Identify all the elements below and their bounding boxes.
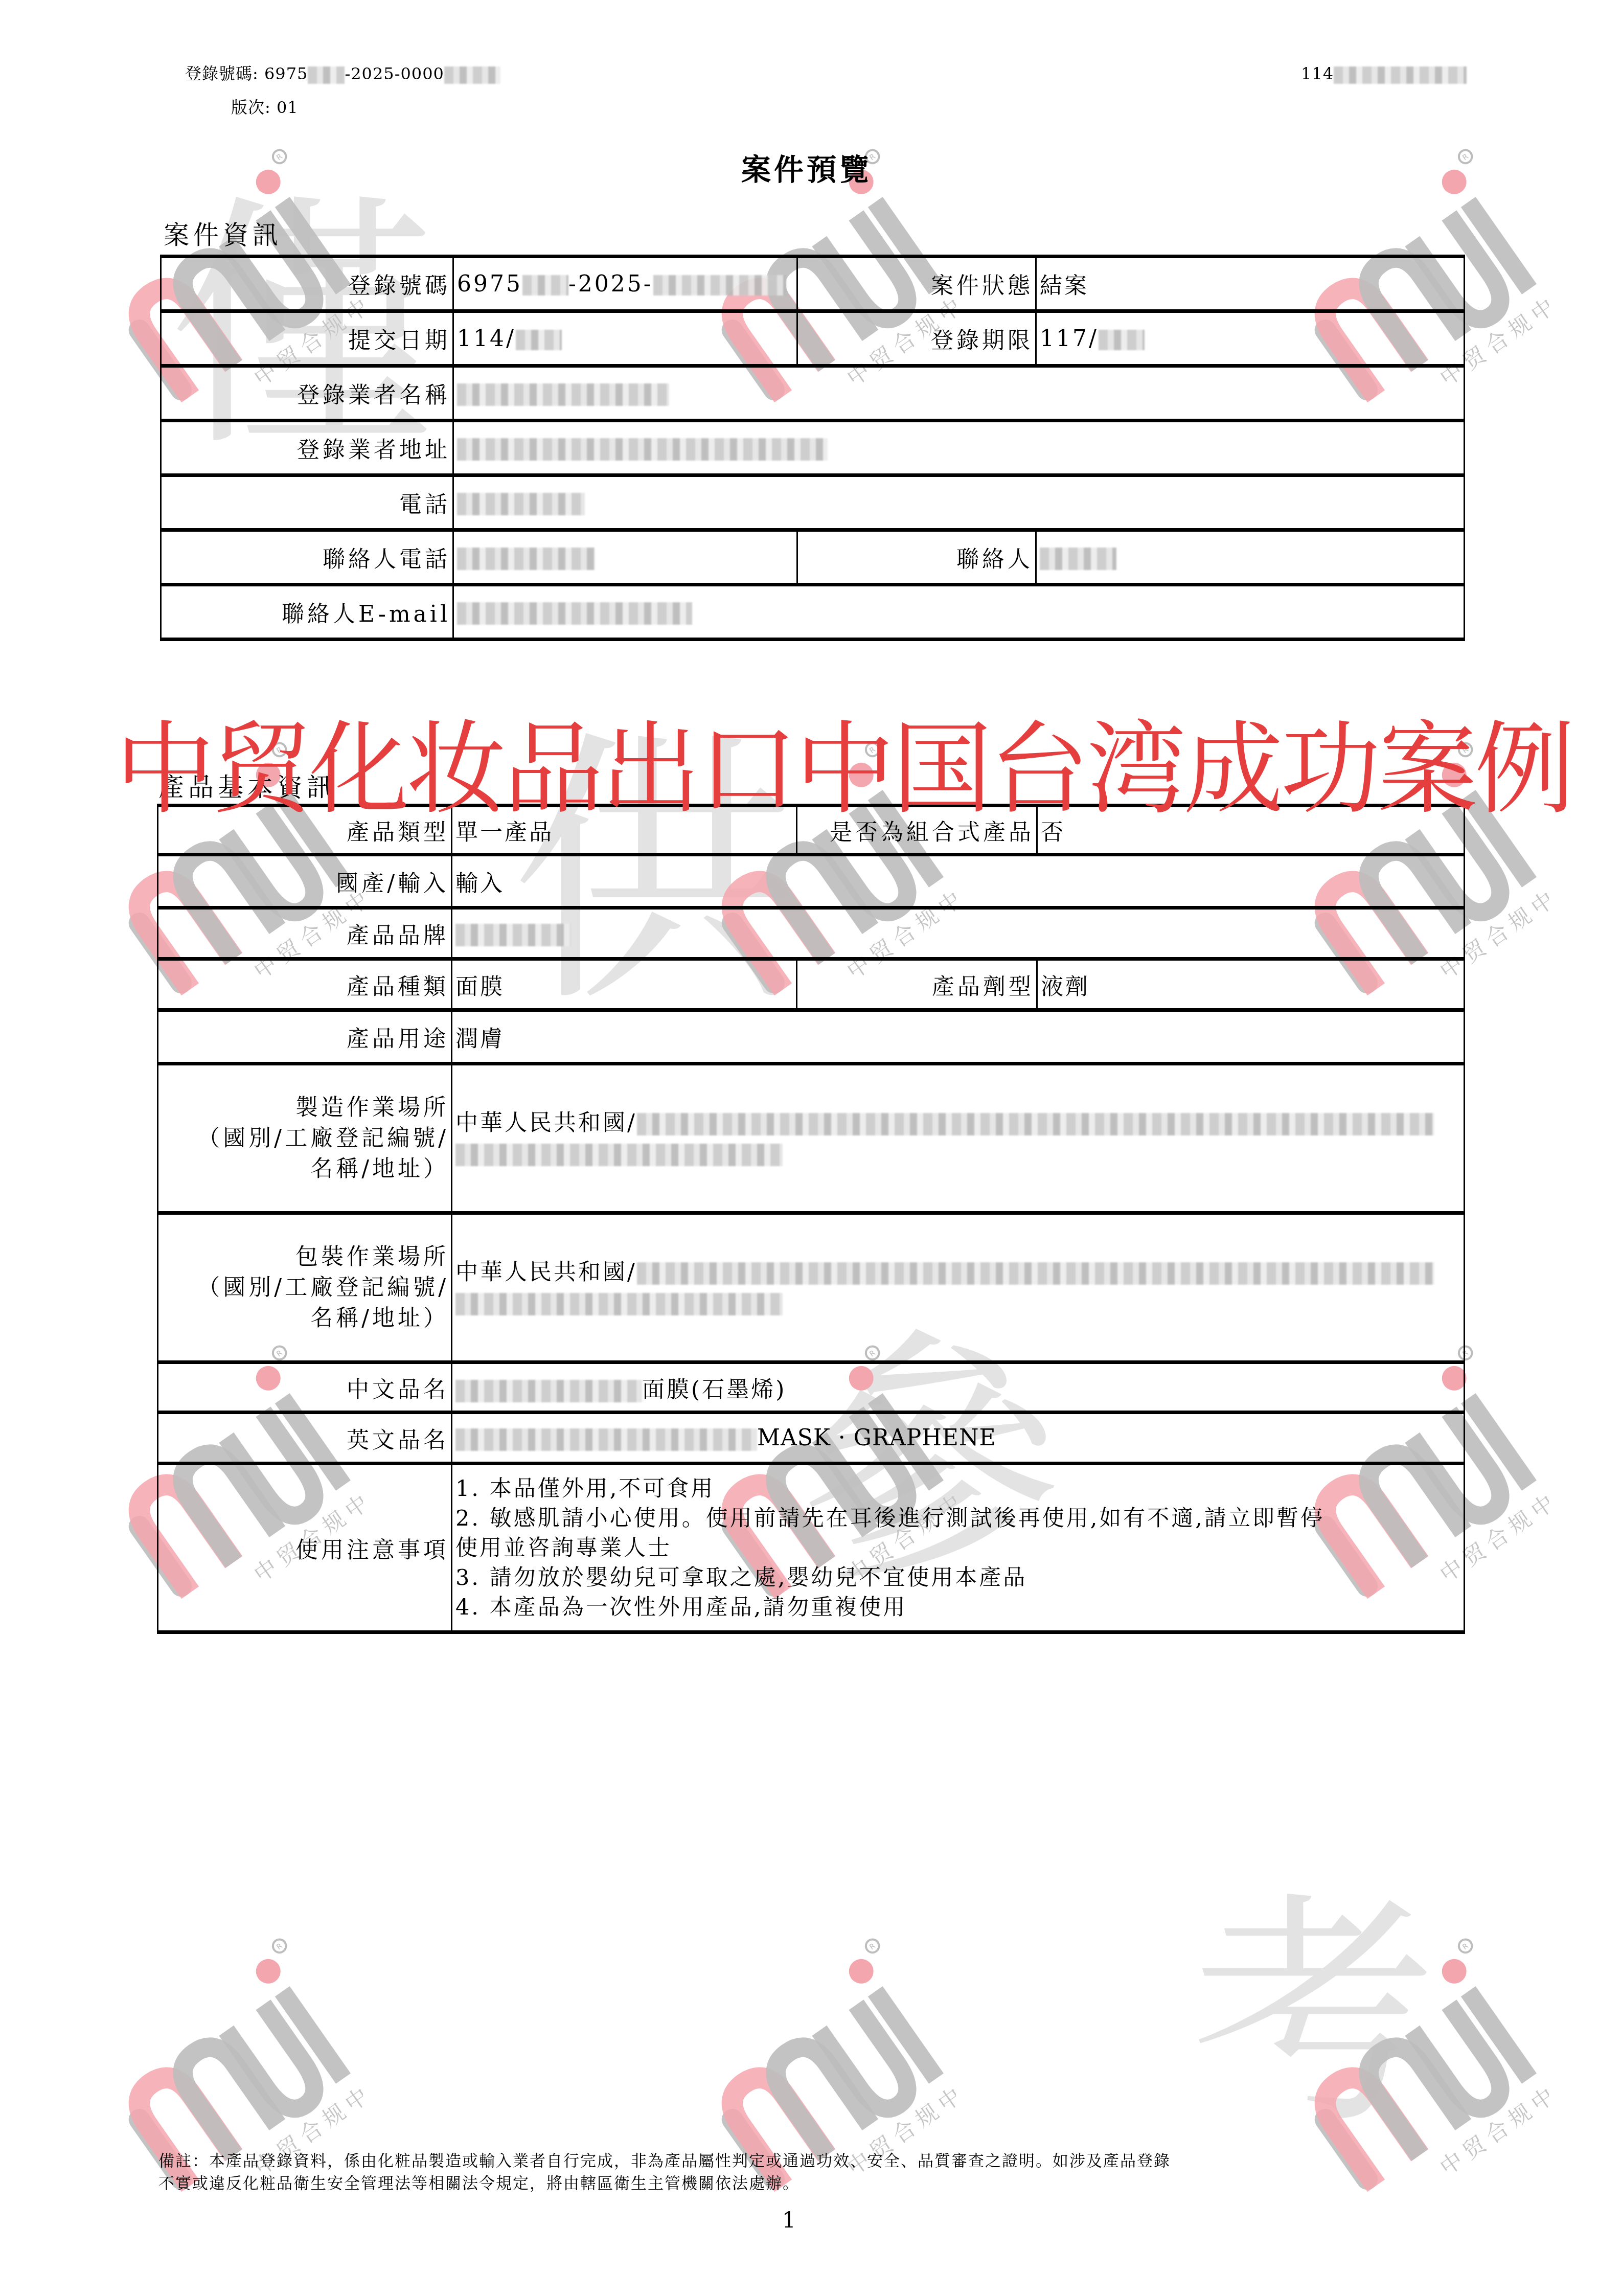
label-line: 包裝作業場所 xyxy=(162,1242,449,1272)
label-usage: 產品用途 xyxy=(158,1010,452,1064)
table-row: 聯絡人E-mail xyxy=(161,585,1465,640)
footnote-line-2: 不實或違反化粧品衛生安全管理法等相關法令規定，將由轄區衛生主管機關依法處辦。 xyxy=(158,2172,1171,2195)
reg-no-prefix: 6975 xyxy=(457,271,522,297)
table-row: 中文品名 面膜(石墨烯) xyxy=(158,1362,1465,1413)
label-brand: 產品品牌 xyxy=(158,908,452,959)
redacted-block xyxy=(457,548,595,570)
submit-date-prefix: 114/ xyxy=(457,326,516,352)
case-info-table: 登錄號碼 6975-2025- 案件狀態 結案 提交日期 114/ 登錄期限 1… xyxy=(160,255,1465,641)
table-row: 國產/輸入 輸入 xyxy=(158,855,1465,908)
table-row: 聯絡人電話 聯絡人 xyxy=(161,530,1465,585)
table-row: 產品種類 面膜 產品劑型 液劑 xyxy=(158,959,1465,1010)
value-submit-date: 114/ xyxy=(453,311,797,366)
reg-no-prefix: 6975 xyxy=(264,64,308,83)
value-company-name xyxy=(453,366,1465,421)
redacted-block xyxy=(637,1113,1434,1135)
label-chinese-name: 中文品名 xyxy=(158,1362,452,1413)
country-prefix: 中華人民共和國/ xyxy=(455,1110,637,1136)
promo-banner: 中贸化妆品出口中国台湾成功案例 xyxy=(115,718,1572,821)
label-case-status: 案件狀態 xyxy=(797,257,1036,311)
table-row: 提交日期 114/ 登錄期限 117/ xyxy=(161,311,1465,366)
redacted-block xyxy=(455,924,570,946)
redacted-block xyxy=(653,275,786,295)
label-line: （國別/工廠登記編號/ xyxy=(162,1272,449,1303)
value-contact-person xyxy=(1036,530,1465,585)
precaution-line: 4. 本產品為一次性外用產品,請勿重複使用 xyxy=(455,1593,1460,1622)
precaution-line: 1. 本品僅外用,不可食用 xyxy=(455,1474,1460,1504)
label-phone: 電話 xyxy=(161,475,453,530)
redacted-block xyxy=(455,1428,757,1451)
value-precautions: 1. 本品僅外用,不可食用 2. 敏感肌請小心使用。使用前請先在耳後進行測試後再… xyxy=(452,1464,1465,1632)
redacted-block xyxy=(637,1262,1434,1285)
value-usage: 潤膚 xyxy=(452,1010,1465,1064)
label-line: （國別/工廠登記編號/ xyxy=(162,1123,449,1154)
value-packaging-site: 中華人民共和國/ xyxy=(452,1213,1465,1362)
table-row: 產品用途 潤膚 xyxy=(158,1010,1465,1064)
table-row: 登錄業者名稱 xyxy=(161,366,1465,421)
version-label: 版次: xyxy=(231,98,271,117)
footnote-line-1: 備註：本產品登錄資料，係由化粧品製造或輸入業者自行完成，非為產品屬性判定或通過功… xyxy=(158,2150,1171,2172)
redacted-block xyxy=(444,66,500,84)
label-reg-deadline: 登錄期限 xyxy=(797,311,1036,366)
redacted-block xyxy=(457,602,692,625)
value-english-name: MASK · GRAPHENE xyxy=(452,1413,1465,1464)
value-category: 面膜 xyxy=(452,959,797,1010)
redacted-block xyxy=(457,493,585,515)
redacted-block xyxy=(457,438,828,461)
redacted-block xyxy=(522,275,568,295)
table-row: 製造作業場所 （國別/工廠登記編號/ 名稱/地址） 中華人民共和國/ xyxy=(158,1064,1465,1213)
value-dosage-form: 液劑 xyxy=(1037,959,1465,1010)
label-contact-email: 聯絡人E-mail xyxy=(161,585,453,640)
value-chinese-name: 面膜(石墨烯) xyxy=(452,1362,1465,1413)
watermark-char-4: 考 xyxy=(1191,1892,1436,2137)
version-value: 01 xyxy=(277,98,299,117)
label-company-address: 登錄業者地址 xyxy=(161,421,453,475)
precaution-line: 使用並咨詢專業人士 xyxy=(455,1533,1460,1563)
header-version: 版次: 01 xyxy=(231,97,299,118)
value-reg-no: 6975-2025- xyxy=(453,257,797,311)
product-info-table: 產品類型 單一產品 是否為組合式產品 否 國產/輸入 輸入 產品品牌 產品種類 … xyxy=(157,804,1465,1634)
value-company-address xyxy=(453,421,1465,475)
reg-no-mid: -2025-0000 xyxy=(345,64,444,83)
label-line: 名稱/地址） xyxy=(162,1303,449,1334)
deadline-prefix: 117/ xyxy=(1040,326,1099,352)
table-row: 登錄號碼 6975-2025- 案件狀態 結案 xyxy=(161,257,1465,311)
redacted-block xyxy=(457,383,669,406)
label-reg-no: 登錄號碼 xyxy=(161,257,453,311)
redacted-block xyxy=(455,1144,783,1166)
label-category: 產品種類 xyxy=(158,959,452,1010)
table-row: 使用注意事項 1. 本品僅外用,不可食用 2. 敏感肌請小心使用。使用前請先在耳… xyxy=(158,1464,1465,1632)
table-row: 電話 xyxy=(161,475,1465,530)
label-contact-phone: 聯絡人電話 xyxy=(161,530,453,585)
label-dosage-form: 產品劑型 xyxy=(797,959,1037,1010)
header-date: 114 xyxy=(1301,63,1467,84)
label-domestic-import: 國產/輸入 xyxy=(158,855,452,908)
date-prefix: 114 xyxy=(1301,64,1334,83)
redacted-block xyxy=(1099,330,1145,350)
label-line: 製造作業場所 xyxy=(162,1093,449,1123)
value-brand xyxy=(452,908,1465,959)
table-row: 包裝作業場所 （國別/工廠登記編號/ 名稱/地址） 中華人民共和國/ xyxy=(158,1213,1465,1362)
value-phone xyxy=(453,475,1465,530)
label-packaging-site: 包裝作業場所 （國別/工廠登記編號/ 名稱/地址） xyxy=(158,1213,452,1362)
redacted-block xyxy=(1334,66,1467,84)
label-precautions: 使用注意事項 xyxy=(158,1464,452,1632)
section-title-case-info: 案件資訊 xyxy=(164,215,282,252)
reg-no-label: 登錄號碼: xyxy=(185,64,259,83)
label-manufacturing-site: 製造作業場所 （國別/工廠登記編號/ 名稱/地址） xyxy=(158,1064,452,1213)
value-manufacturing-site: 中華人民共和國/ xyxy=(452,1064,1465,1213)
country-prefix: 中華人民共和國/ xyxy=(455,1259,637,1285)
english-name-suffix: MASK · GRAPHENE xyxy=(757,1425,996,1451)
redacted-block xyxy=(1040,548,1116,570)
value-contact-email xyxy=(453,585,1465,640)
table-row: 登錄業者地址 xyxy=(161,421,1465,475)
page-title: 案件預覽 xyxy=(741,146,872,189)
label-contact-person: 聯絡人 xyxy=(797,530,1036,585)
value-reg-deadline: 117/ xyxy=(1036,311,1465,366)
value-case-status: 結案 xyxy=(1036,257,1465,311)
label-company-name: 登錄業者名稱 xyxy=(161,366,453,421)
table-row: 英文品名 MASK · GRAPHENE xyxy=(158,1413,1465,1464)
redacted-block xyxy=(455,1380,642,1402)
table-row: 產品品牌 xyxy=(158,908,1465,959)
precaution-line: 2. 敏感肌請小心使用。使用前請先在耳後進行測試後再使用,如有不適,請立即暫停 xyxy=(455,1504,1460,1533)
logo-watermark xyxy=(1263,1922,1549,2229)
redacted-block xyxy=(455,1293,783,1315)
footnote: 備註：本產品登錄資料，係由化粧品製造或輸入業者自行完成，非為產品屬性判定或通過功… xyxy=(158,2150,1171,2195)
precaution-line: 3. 請勿放於嬰幼兒可拿取之處,嬰幼兒不宜使用本產品 xyxy=(455,1563,1460,1593)
label-line: 名稱/地址） xyxy=(162,1154,449,1185)
reg-no-mid: -2025- xyxy=(568,271,653,297)
header-reg-no: 登錄號碼: 6975-2025-0000 xyxy=(185,63,500,84)
label-submit-date: 提交日期 xyxy=(161,311,453,366)
chinese-name-suffix: 面膜(石墨烯) xyxy=(642,1377,786,1403)
redacted-block xyxy=(308,66,345,84)
label-english-name: 英文品名 xyxy=(158,1413,452,1464)
redacted-block xyxy=(516,330,562,350)
value-domestic-import: 輸入 xyxy=(452,855,1465,908)
value-contact-phone xyxy=(453,530,797,585)
page-number: 1 xyxy=(782,2208,796,2233)
